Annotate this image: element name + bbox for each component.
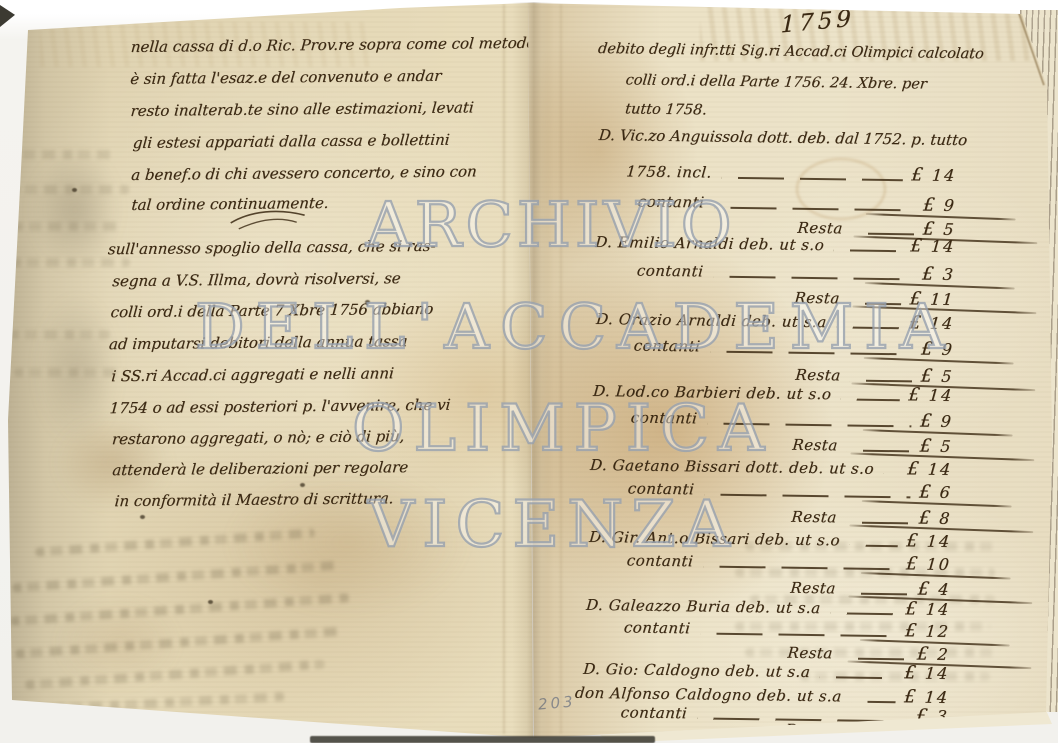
lira-symbol: £ [905, 598, 920, 619]
amount: £5 [919, 436, 953, 457]
contanti-label: contanti [620, 703, 688, 722]
dash-fill [830, 612, 897, 615]
contanti-label: contanti [623, 618, 691, 637]
scanner-edge-bar [310, 736, 655, 743]
year-heading: 1759 [780, 8, 855, 38]
dash-fill [713, 276, 914, 281]
amount: £14 [911, 164, 958, 186]
amount: £6 [918, 482, 952, 503]
lira-symbol: £ [918, 508, 933, 529]
dash-fill [851, 701, 896, 703]
scanner-corner-mark [0, 5, 15, 27]
lira-symbol: £ [910, 235, 925, 256]
dash-fill [834, 249, 902, 252]
amount: £14 [904, 662, 951, 684]
lira-symbol: £ [919, 436, 934, 457]
lira-symbol: £ [903, 686, 918, 707]
lira-symbol: £ [905, 530, 920, 551]
manuscript-line: gli estesi appariati dalla cassa e bolle… [132, 133, 450, 151]
watermark-line: DELL'ACCADEMIA [195, 290, 956, 363]
lira-symbol: £ [920, 366, 935, 387]
amount: £14 [910, 235, 957, 257]
dash-fill [850, 545, 898, 547]
manuscript-scan: nella cassa di d.o Ric. Prov.re sopra co… [0, 0, 1058, 743]
lira-symbol: £ [904, 620, 919, 641]
ledger-intro-line: colli ord.i della Parte 1756. 24. Xbre. … [625, 73, 928, 92]
ledger-intro-line: debito degli infr.tti Sig.ri Accad.ci Ol… [597, 42, 984, 62]
amount: £12 [904, 620, 951, 642]
manuscript-line: a benef.o di chi avessero concerto, e si… [131, 164, 478, 183]
lira-symbol: £ [916, 643, 931, 664]
resta-label: Resta [795, 366, 842, 385]
amount: £14 [906, 458, 953, 480]
dash-fill [700, 633, 897, 638]
manuscript-line: nella cassa di d.o Ric. Prov.re sopra co… [130, 36, 536, 55]
amount: £10 [905, 553, 952, 575]
resta-label: Resta [790, 579, 837, 598]
center-fold-shadow [512, 2, 554, 738]
contanti-row: contanti £12 [623, 616, 951, 642]
watermark-line: VICENZA [368, 488, 738, 562]
entry-debit-row: 1758. incl. £14 [625, 160, 957, 186]
resta-label: Resta [791, 508, 838, 527]
entry-debit-row: D. Gio: Caldogno deb. ut s.a £14 [582, 658, 950, 684]
entry-name: D. Vic.zo Anguissola dott. deb. dal 1752… [598, 128, 968, 148]
resta-label: Resta [787, 644, 834, 663]
ledger-intro-line: tutto 1758. [624, 102, 707, 118]
lira-symbol: £ [906, 458, 921, 479]
manuscript-line: segna a V.S. Illma, dovrà risolversi, se [112, 271, 401, 289]
amount: £14 [908, 384, 955, 406]
sum-rule [844, 736, 1028, 743]
contanti-row: contanti £3 [636, 260, 956, 285]
dash-fill [841, 399, 900, 402]
amount: £14 [905, 530, 952, 552]
dash-fill [884, 473, 899, 475]
lira-symbol: £ [904, 662, 919, 683]
amount: £9 [919, 411, 953, 432]
manuscript-line: è sin fatta l'esaz.e del convenuto e and… [130, 69, 442, 87]
entry-name-continued: 1758. incl. [626, 162, 713, 181]
lira-symbol: £ [922, 195, 937, 216]
lira-symbol: £ [911, 164, 926, 185]
entry-name: D. Galeazzo Buria deb. ut s.a [585, 596, 821, 617]
dash-fill [703, 566, 898, 571]
contanti-label: contanti [636, 262, 704, 281]
dash-fill [840, 735, 895, 738]
lira-symbol: £ [917, 579, 932, 600]
amount: £4 [917, 579, 951, 600]
dash-fill [820, 676, 896, 679]
manuscript-line: i SS.ri Accad.ci aggregati e nelli anni [111, 366, 395, 384]
dash-fill [721, 177, 903, 181]
divider-flourish [227, 206, 309, 235]
resta-label: Resta [792, 436, 839, 455]
manuscript-line: in conformità il Maestro di scrittura. [114, 491, 394, 509]
lira-symbol: £ [921, 264, 936, 285]
amount: £8 [918, 508, 952, 529]
lira-symbol: £ [905, 553, 920, 574]
lira-symbol: £ [919, 411, 934, 432]
watermark-line: OLIMPICA [352, 392, 773, 466]
amount: £14 [905, 598, 952, 620]
amount: £3 [921, 264, 955, 285]
entry-name: D. Gio: Caldogno deb. ut s.a [583, 660, 812, 681]
manuscript-line: resto inalterab.te sino alle estimazioni… [130, 100, 474, 119]
watermark-line: ARCHIVIO [366, 188, 736, 261]
amount: £9 [922, 195, 956, 216]
lira-symbol: £ [908, 384, 923, 405]
lira-symbol: £ [918, 482, 933, 503]
dash-fill [714, 207, 915, 212]
